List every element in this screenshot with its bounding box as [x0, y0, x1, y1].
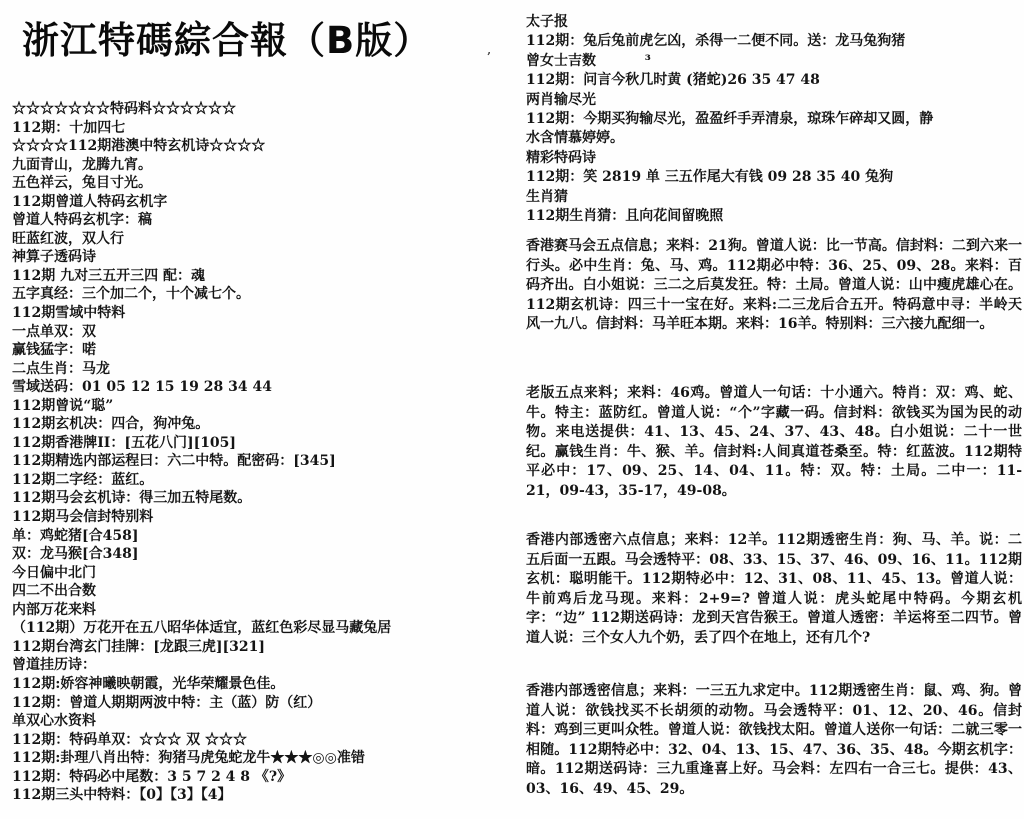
text-line: 两肖输尽光 [526, 91, 1022, 110]
text-line: 单：鸡蛇猪[合458] [12, 527, 506, 546]
text-line: 双：龙马猴[合348] [12, 545, 506, 564]
text-line: 112期：笑 2819 单 三五作尾大有钱 09 28 35 40 兔狗 [526, 168, 1022, 187]
text-line: 112期马会信封特别料 [12, 508, 506, 527]
text-line: 112期香港牌II：[五花八门][105] [12, 434, 506, 453]
text-line: 水含情慕婷婷。 [526, 129, 1022, 148]
text-line: 雪域送码：01 05 12 15 19 28 34 44 [12, 378, 506, 397]
text-line: 112期曾说“聪” [12, 397, 506, 416]
text-line: 112期精选内部运程曰：六二中特。配密码：[345] [12, 452, 506, 471]
print-artifact-mark: ’ [487, 50, 491, 63]
text-line: 112期马会玄机诗：得三加五特尾数。 [12, 489, 506, 508]
text-line: 九面青山，龙腾九宵。 [12, 156, 506, 175]
text-line: ☆☆☆☆112期港澳中特玄机诗☆☆☆☆ [12, 137, 506, 156]
text-line: 112期曾道人特码玄机字 [12, 193, 506, 212]
text-line: 五色祥云，兔目寸光。 [12, 174, 506, 193]
text-line: 112期：十加四七 [12, 119, 506, 138]
text-line: ☆☆☆☆☆☆☆特码料☆☆☆☆☆☆ [12, 100, 506, 119]
text-line: 112期：问言今秋几时黄 (猪蛇)26 35 47 48 [526, 71, 1022, 90]
text-line: 112期：曾道人期期两波中特：主（蓝）防（红） [12, 694, 506, 713]
tip-paragraph-hk-internal-info: 香港内部透密信息；来料：一三五九求定中。112期透密生肖：鼠、鸡、狗。曾道人说：… [526, 682, 1022, 800]
text-line: 今日偏中北门 [12, 564, 506, 583]
text-line: 112期 九对三五开三四 配：魂 [12, 267, 506, 286]
text-line: 112期:卦理八肖出特：狗猪马虎兔蛇龙牛★★★◎◎准错 [12, 749, 506, 768]
text-line: 旺蓝红波，双人行 [12, 230, 506, 249]
tip-paragraph-hk-internal-six-point: 香港内部透密六点信息；来料：12羊。112期透密生肖：狗、马、羊。说：二五后面一… [526, 531, 1022, 649]
text-line: 太子报 [526, 13, 1022, 32]
text-line: 二点生肖：马龙 [12, 360, 506, 379]
newspaper-page: 浙江特碼綜合報（B版） ’ ☆☆☆☆☆☆☆特码料☆☆☆☆☆☆112期：十加四七☆… [0, 0, 1024, 819]
text-line: 112期:娇容神曦映朝霞，光华荣耀景色佳。 [12, 675, 506, 694]
text-line: 112期台湾玄门挂牌：[龙跟三虎][321] [12, 638, 506, 657]
tip-paragraph-hk-jockey-five-point: 香港赛马会五点信息；来料：21狗。曾道人说：比一节高。信封料：二到六来一行头。必… [526, 237, 1022, 335]
text-line: 112期：兔后兔前虎乞凶，杀得一二便不同。送：龙马兔狗猪 [526, 32, 1022, 51]
text-line: 一点单双：双 [12, 323, 506, 342]
right-column-top: 太子报112期：兔后兔前虎乞凶，杀得一二便不同。送：龙马兔狗猪曾女士吉数 ³11… [526, 13, 1022, 226]
text-line: 曾道人特码玄机字：稿 [12, 211, 506, 230]
text-line: 内部万花来料 [12, 601, 506, 620]
text-line: 曾女士吉数 ³ [526, 52, 1022, 71]
text-line: 112期生肖猜：且向花间留晚照 [526, 207, 1022, 226]
text-line: 112期二字经：蓝红。 [12, 471, 506, 490]
left-column: ☆☆☆☆☆☆☆特码料☆☆☆☆☆☆112期：十加四七☆☆☆☆112期港澳中特玄机诗… [12, 100, 506, 805]
text-line: 曾道挂历诗： [12, 656, 506, 675]
text-line: 112期三头中特料：【0】【3】【4】 [12, 786, 506, 805]
text-line: 四二不出合数 [12, 582, 506, 601]
tip-paragraph-old-edition-five-point: 老版五点来料；来料：46鸡。曾道人一句话：十小通六。特肖：双：鸡、蛇、牛。特主：… [526, 384, 1022, 502]
text-line: 112期玄机决：四合，狗冲兔。 [12, 415, 506, 434]
text-line: 单双心水资料 [12, 712, 506, 731]
page-title: 浙江特碼綜合報（B版） [22, 10, 431, 64]
text-line: 赢钱猛字：喏 [12, 341, 506, 360]
text-line: 神算子透码诗 [12, 248, 506, 267]
text-line: 112期：今期买狗输尽光，盈盈纤手弄清泉，琼珠乍碎却又圆，静 [526, 110, 1022, 129]
text-line: 生肖猜 [526, 188, 1022, 207]
text-line: 112期雪域中特料 [12, 304, 506, 323]
text-line: 112期：特码必中尾数：3 5 7 2 4 8 《?》 [12, 768, 506, 787]
text-line: 精彩特码诗 [526, 149, 1022, 168]
text-line: 112期：特码单双：☆☆☆ 双 ☆☆☆ [12, 731, 506, 750]
text-line: 五字真经：三个加二个，十个减七个。 [12, 285, 506, 304]
text-line: （112期）万花开在五八昭华体适宜，蓝红色彩尽显马藏兔居 [12, 619, 506, 638]
